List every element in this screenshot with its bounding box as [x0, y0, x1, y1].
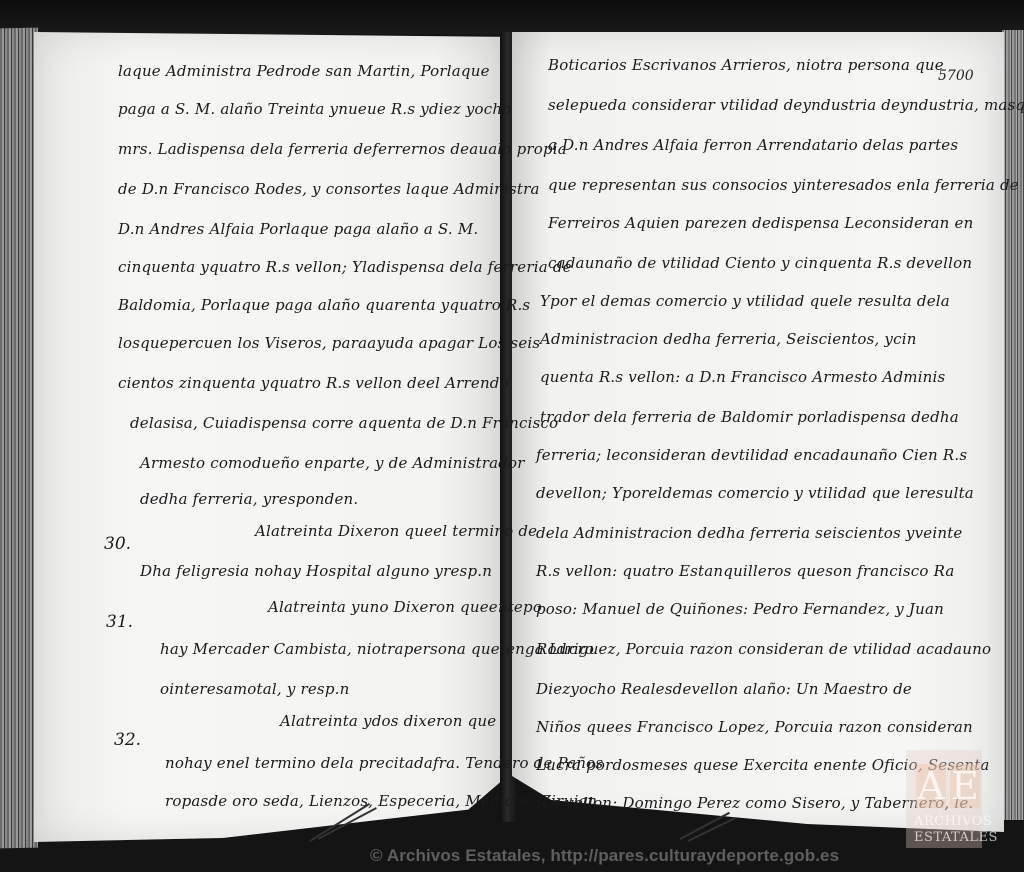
- right-line-6: cadaunaño de vtilidad Ciento y cinquenta…: [548, 254, 972, 272]
- logo-letter-a: A: [916, 764, 946, 808]
- left-line-14: Dha feligresia nohay Hospital alguno yre…: [140, 562, 492, 580]
- left-line-16: hay Mercader Cambista, niotrapersona que…: [160, 640, 594, 658]
- paragraph-number-32: 32.: [114, 730, 141, 750]
- copyright-watermark: © Archivos Estatales, http://pares.cultu…: [370, 846, 839, 866]
- left-line-15: Alatreinta yuno Dixeron queentepo: [268, 598, 542, 616]
- right-line-4: que representan sus consocios yinteresad…: [548, 176, 1019, 194]
- left-line-2: paga a S. M. alaño Treinta ynueue R.s yd…: [118, 100, 511, 118]
- left-line-1: laque Administra Pedrode san Martin, Por…: [118, 62, 490, 80]
- left-line-9: cientos zinquenta yquatro R.s vellon dee…: [118, 374, 509, 392]
- left-line-17: ointeresamotal, y resp.n: [160, 680, 349, 698]
- paragraph-number-30: 30.: [104, 534, 131, 554]
- left-line-5: D.n Andres Alfaia Porlaque paga alaño a …: [118, 220, 478, 238]
- logo-label-line2: ESTATALES: [914, 830, 998, 845]
- logo-label-line1: ARCHIVOS: [914, 814, 992, 829]
- right-line-10: trador dela ferreria de Baldomir porladi…: [540, 408, 959, 426]
- scanner-background-top: [0, 0, 1024, 34]
- left-line-7: Baldomia, Porlaque paga alaño quarenta y…: [118, 296, 530, 314]
- closing-flourish-right: [680, 812, 730, 840]
- right-line-16: Rodriguez, Porcuia razon consideran de v…: [536, 640, 991, 658]
- left-line-20: ropasde oro seda, Lienzos, Especeria, Me…: [165, 792, 597, 810]
- right-line-11: ferreria; leconsideran devtilidad encada…: [536, 446, 967, 464]
- right-line-14: R.s vellon: quatro Estanquilleros queson…: [536, 562, 955, 580]
- right-line-7: Ypor el demas comercio y vtilidad quele …: [540, 292, 950, 310]
- left-page-edges: [0, 28, 38, 849]
- right-line-3: a D.n Andres Alfaia ferron Arrendatario …: [548, 136, 958, 154]
- right-line-15: poso: Manuel de Quiñones: Pedro Fernande…: [536, 600, 944, 618]
- right-line-2: selepueda considerar vtilidad deyndustri…: [548, 96, 1024, 114]
- right-line-13: dela Administracion dedha ferreria seisc…: [536, 524, 963, 542]
- left-line-3: mrs. Ladispensa dela ferreria deferrerno…: [118, 140, 567, 158]
- left-line-6: cinquenta yquatro R.s vellon; Yladispens…: [118, 258, 572, 276]
- left-line-10: delasisa, Cuiadispensa corre aquenta de …: [130, 414, 558, 432]
- right-line-18: Niños quees Francisco Lopez, Porcuia raz…: [536, 718, 973, 736]
- right-line-5: Ferreiros Aquien parezen dedispensa Leco…: [548, 214, 973, 232]
- paragraph-number-31: 31.: [106, 612, 133, 632]
- right-line-9: quenta R.s vellon: a D.n Francisco Armes…: [540, 368, 945, 386]
- left-line-18: Alatreinta ydos dixeron que: [280, 712, 496, 730]
- right-line-8: Administracion dedha ferreria, Seiscient…: [540, 330, 917, 348]
- left-line-11: Armesto comodueño enparte, y de Administ…: [140, 454, 525, 472]
- right-line-17: Diezyocho Realesdevellon alaño: Un Maest…: [536, 680, 912, 698]
- right-line-1: Boticarios Escrivanos Arrieros, niotra p…: [548, 56, 944, 74]
- left-line-12: dedha ferreria, yresponden.: [140, 490, 358, 508]
- manuscript-scan: laque Administra Pedrode san Martin, Por…: [0, 0, 1024, 872]
- logo-letter-e: E: [950, 764, 980, 808]
- left-line-13: Alatreinta Dixeron queel termino de: [255, 522, 537, 540]
- archivos-estatales-logo: A E ARCHIVOS ESTATALES: [906, 750, 982, 848]
- right-line-12: devellon; Yporeldemas comercio y vtilida…: [536, 484, 974, 502]
- right-page-edges: [1002, 30, 1024, 820]
- left-line-8: losquepercuen los Viseros, paraayuda apa…: [118, 334, 540, 352]
- left-line-4: de D.n Francisco Rodes, y consortes laqu…: [118, 180, 540, 198]
